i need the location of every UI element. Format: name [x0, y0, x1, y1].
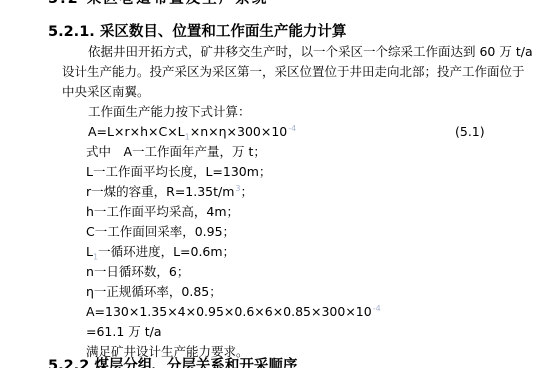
- definition-text: =61.1 万 t/a: [86, 324, 162, 339]
- definition-text: 式中 A一工作面年产量，万 t；: [86, 144, 266, 159]
- definition-text: r一煤的容重，R=1.35t/m: [86, 184, 234, 199]
- definition-line: L1一循环进度，L=0.6m；: [62, 242, 522, 262]
- section-heading-5-2-1: 5.2.1. 采区数目、位置和工作面生产能力计算: [48, 22, 522, 42]
- definition-text: L: [86, 244, 93, 259]
- paragraph-line: 依据井田开拓方式，矿井移交生产时，以一个采区一个综采工作面达到 60 万 t/a: [62, 42, 522, 62]
- superscript: -4: [373, 304, 381, 313]
- definition-text: L一工作面平均长度，L=130m；: [86, 164, 271, 179]
- document-page: 5.2 采区巷道布置及生产系统 5.2.1. 采区数目、位置和工作面生产能力计算…: [0, 0, 550, 368]
- definition-line: L一工作面平均长度，L=130m；: [62, 162, 522, 182]
- definition-text: C一工作面回采率，0.95；: [86, 224, 235, 239]
- formula-text: ×n×η×300×10: [190, 124, 288, 139]
- formula-text: A=L×r×h×C×L: [88, 124, 185, 139]
- equation-number: (5.1): [455, 122, 485, 142]
- definition-text: η一正规循环率，0.85；: [86, 284, 222, 299]
- definition-text: 一循环进度，L=0.6m；: [98, 244, 235, 259]
- definition-text: h一工作面平均采高，4m；: [86, 204, 239, 219]
- definition-line: A=130×1.35×4×0.95×0.6×6×0.85×300×10-4: [62, 302, 522, 322]
- section-heading-5-2-2: 5.2.2 煤层分组、分层关系和开采顺序: [48, 356, 522, 368]
- definition-line: 式中 A一工作面年产量，万 t；: [62, 142, 522, 162]
- formula-intro-line: 工作面生产能力按下式计算：: [62, 102, 522, 122]
- definition-line: r一煤的容重，R=1.35t/m3；: [62, 182, 522, 202]
- paragraph-line: 设计生产能力。投产采区为采区第一，采区位置位于井田走向北部；投产工作面位于: [62, 62, 522, 82]
- definition-text: ；: [241, 184, 254, 199]
- superscript: -4: [288, 124, 296, 133]
- paragraph-line: 中央采区南翼。: [62, 82, 522, 102]
- definitions-list: 式中 A一工作面年产量，万 t；L一工作面平均长度，L=130m；r一煤的容重，…: [62, 142, 522, 362]
- definition-line: =61.1 万 t/a: [62, 322, 522, 342]
- definition-line: η一正规循环率，0.85；: [62, 282, 522, 302]
- formula-5-1: A=L×r×h×C×L1×n×η×300×10-4 (5.1): [62, 122, 522, 142]
- definition-line: h一工作面平均采高，4m；: [62, 202, 522, 222]
- definition-text: n一日循环数，6；: [86, 264, 189, 279]
- definition-line: n一日循环数，6；: [62, 262, 522, 282]
- section-heading-5-2: 5.2 采区巷道布置及生产系统: [48, 0, 522, 8]
- definition-line: C一工作面回采率，0.95；: [62, 222, 522, 242]
- definition-text: A=130×1.35×4×0.95×0.6×6×0.85×300×10: [86, 304, 372, 319]
